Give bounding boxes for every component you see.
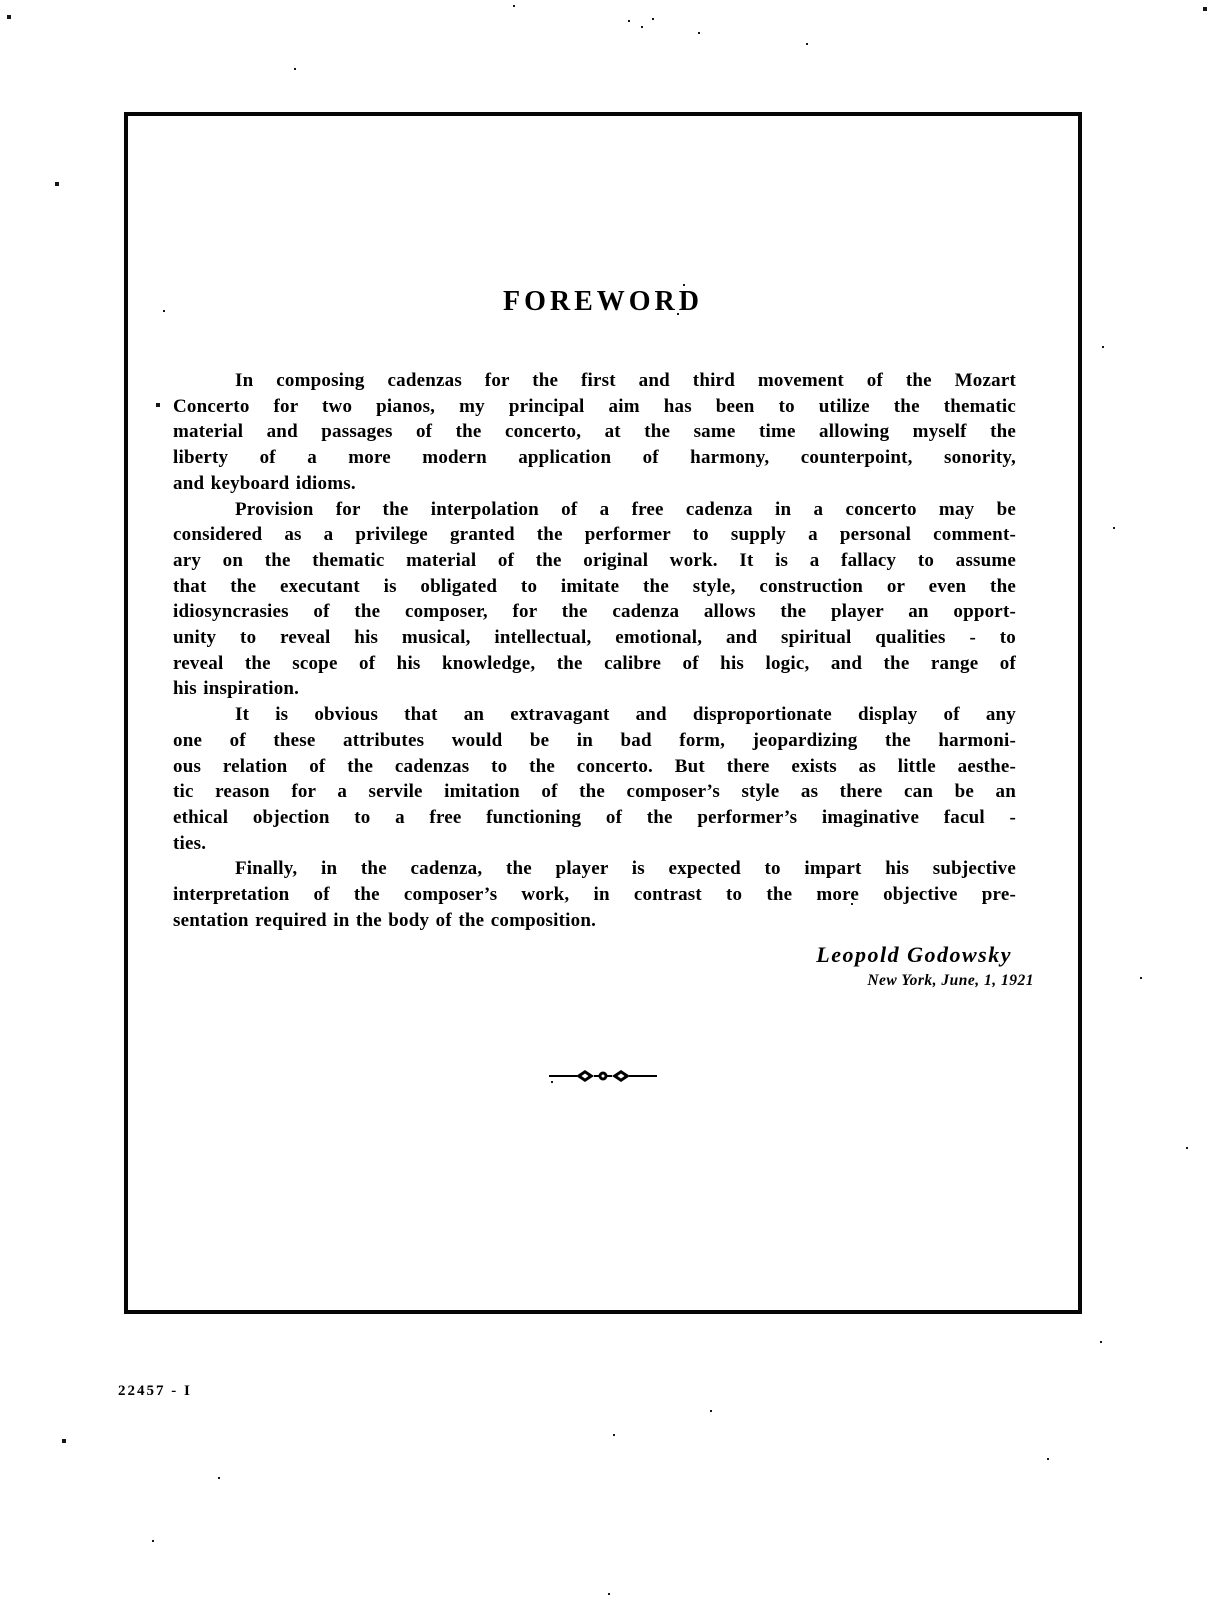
text-line: one of these attributes would be in bad … bbox=[173, 728, 1016, 754]
text-line: ous relation of the cadenzas to the conc… bbox=[173, 754, 1016, 780]
paragraph: It is obvious that an extravagant and di… bbox=[173, 702, 1016, 856]
text-line: ties. bbox=[173, 831, 1016, 857]
scanned-document-page: FOREWORD In composing cadenzas for the f… bbox=[0, 0, 1213, 1600]
text-line: unity to reveal his musical, intellectua… bbox=[173, 625, 1016, 651]
text-line: liberty of a more modern application of … bbox=[173, 445, 1016, 471]
text-line: It is obvious that an extravagant and di… bbox=[173, 702, 1016, 728]
scan-noise-specks bbox=[0, 0, 2, 2]
signature-name: Leopold Godowsky bbox=[816, 942, 1034, 968]
signature-dateline: New York, June, 1, 1921 bbox=[816, 972, 1034, 990]
text-line: Concerto for two pianos, my principal ai… bbox=[173, 394, 1016, 420]
text-line: ethical objection to a free functioning … bbox=[173, 805, 1016, 831]
plate-number: 22457 - I bbox=[118, 1383, 192, 1400]
foreword-body: In composing cadenzas for the first and … bbox=[173, 368, 1016, 933]
text-line: considered as a privilege granted the pe… bbox=[173, 522, 1016, 548]
paragraph: In composing cadenzas for the first and … bbox=[173, 368, 1016, 497]
text-line: tic reason for a servile imitation of th… bbox=[173, 779, 1016, 805]
text-line: and keyboard idioms. bbox=[173, 471, 1016, 497]
diamond-dash-divider-icon bbox=[128, 1068, 1078, 1084]
text-line: Provision for the interpolation of a fre… bbox=[173, 497, 1016, 523]
text-line: that the executant is obligated to imita… bbox=[173, 574, 1016, 600]
page-title: FOREWORD bbox=[128, 286, 1078, 318]
paragraph: Finally, in the cadenza, the player is e… bbox=[173, 856, 1016, 933]
page-border-frame: FOREWORD In composing cadenzas for the f… bbox=[124, 112, 1082, 1314]
text-line: ary on the thematic material of the orig… bbox=[173, 548, 1016, 574]
text-line: material and passages of the concerto, a… bbox=[173, 419, 1016, 445]
text-line: interpretation of the composer’s work, i… bbox=[173, 882, 1016, 908]
signature-block: Leopold Godowsky New York, June, 1, 1921 bbox=[816, 942, 1034, 990]
text-line: his inspiration. bbox=[173, 676, 1016, 702]
text-line: idiosyncrasies of the composer, for the … bbox=[173, 599, 1016, 625]
paragraph: Provision for the interpolation of a fre… bbox=[173, 497, 1016, 703]
text-line: Finally, in the cadenza, the player is e… bbox=[173, 856, 1016, 882]
text-line: In composing cadenzas for the first and … bbox=[173, 368, 1016, 394]
text-line: sentation required in the body of the co… bbox=[173, 908, 1016, 934]
text-line: reveal the scope of his knowledge, the c… bbox=[173, 651, 1016, 677]
